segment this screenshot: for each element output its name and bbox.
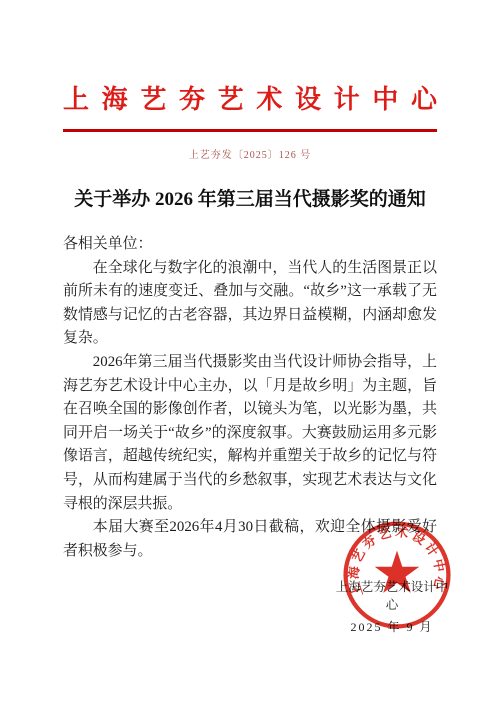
signature-org-name: 上海艺夯艺术设计中心 bbox=[330, 577, 454, 613]
letterhead-org-title: 上海艺夯艺术设计中心 bbox=[63, 85, 437, 115]
signature-date: 2025 年 9 月 bbox=[330, 618, 454, 635]
letterhead-divider-rule bbox=[63, 129, 437, 132]
salutation: 各相关单位： bbox=[63, 233, 437, 257]
body-paragraph: 本届大赛至2026年4月30日截稿，欢迎全体摄影爱好者积极参与。 bbox=[63, 516, 437, 563]
notice-body: 各相关单位： 在全球化与数字化的浪潮中，当代人的生活图景正以前所未有的速度变迁、… bbox=[63, 233, 437, 563]
notice-title: 关于举办 2026 年第三届当代摄影奖的通知 bbox=[0, 184, 500, 211]
body-paragraph: 在全球化与数字化的浪潮中，当代人的生活图景正以前所未有的速度变迁、叠加与交融。“… bbox=[63, 257, 437, 351]
body-paragraph: 2026年第三届当代摄影奖由当代设计师协会指导，上海艺夯艺术设计中心主办，以「月… bbox=[63, 351, 437, 516]
document-reference-number: 上艺夯发〔2025〕126 号 bbox=[0, 146, 500, 161]
notice-document-page: 上海艺夯艺术设计中心 上艺夯发〔2025〕126 号 关于举办 2026 年第三… bbox=[0, 0, 500, 707]
signature-block: 上海艺夯艺术设计中心 2025 年 9 月 bbox=[330, 577, 454, 635]
